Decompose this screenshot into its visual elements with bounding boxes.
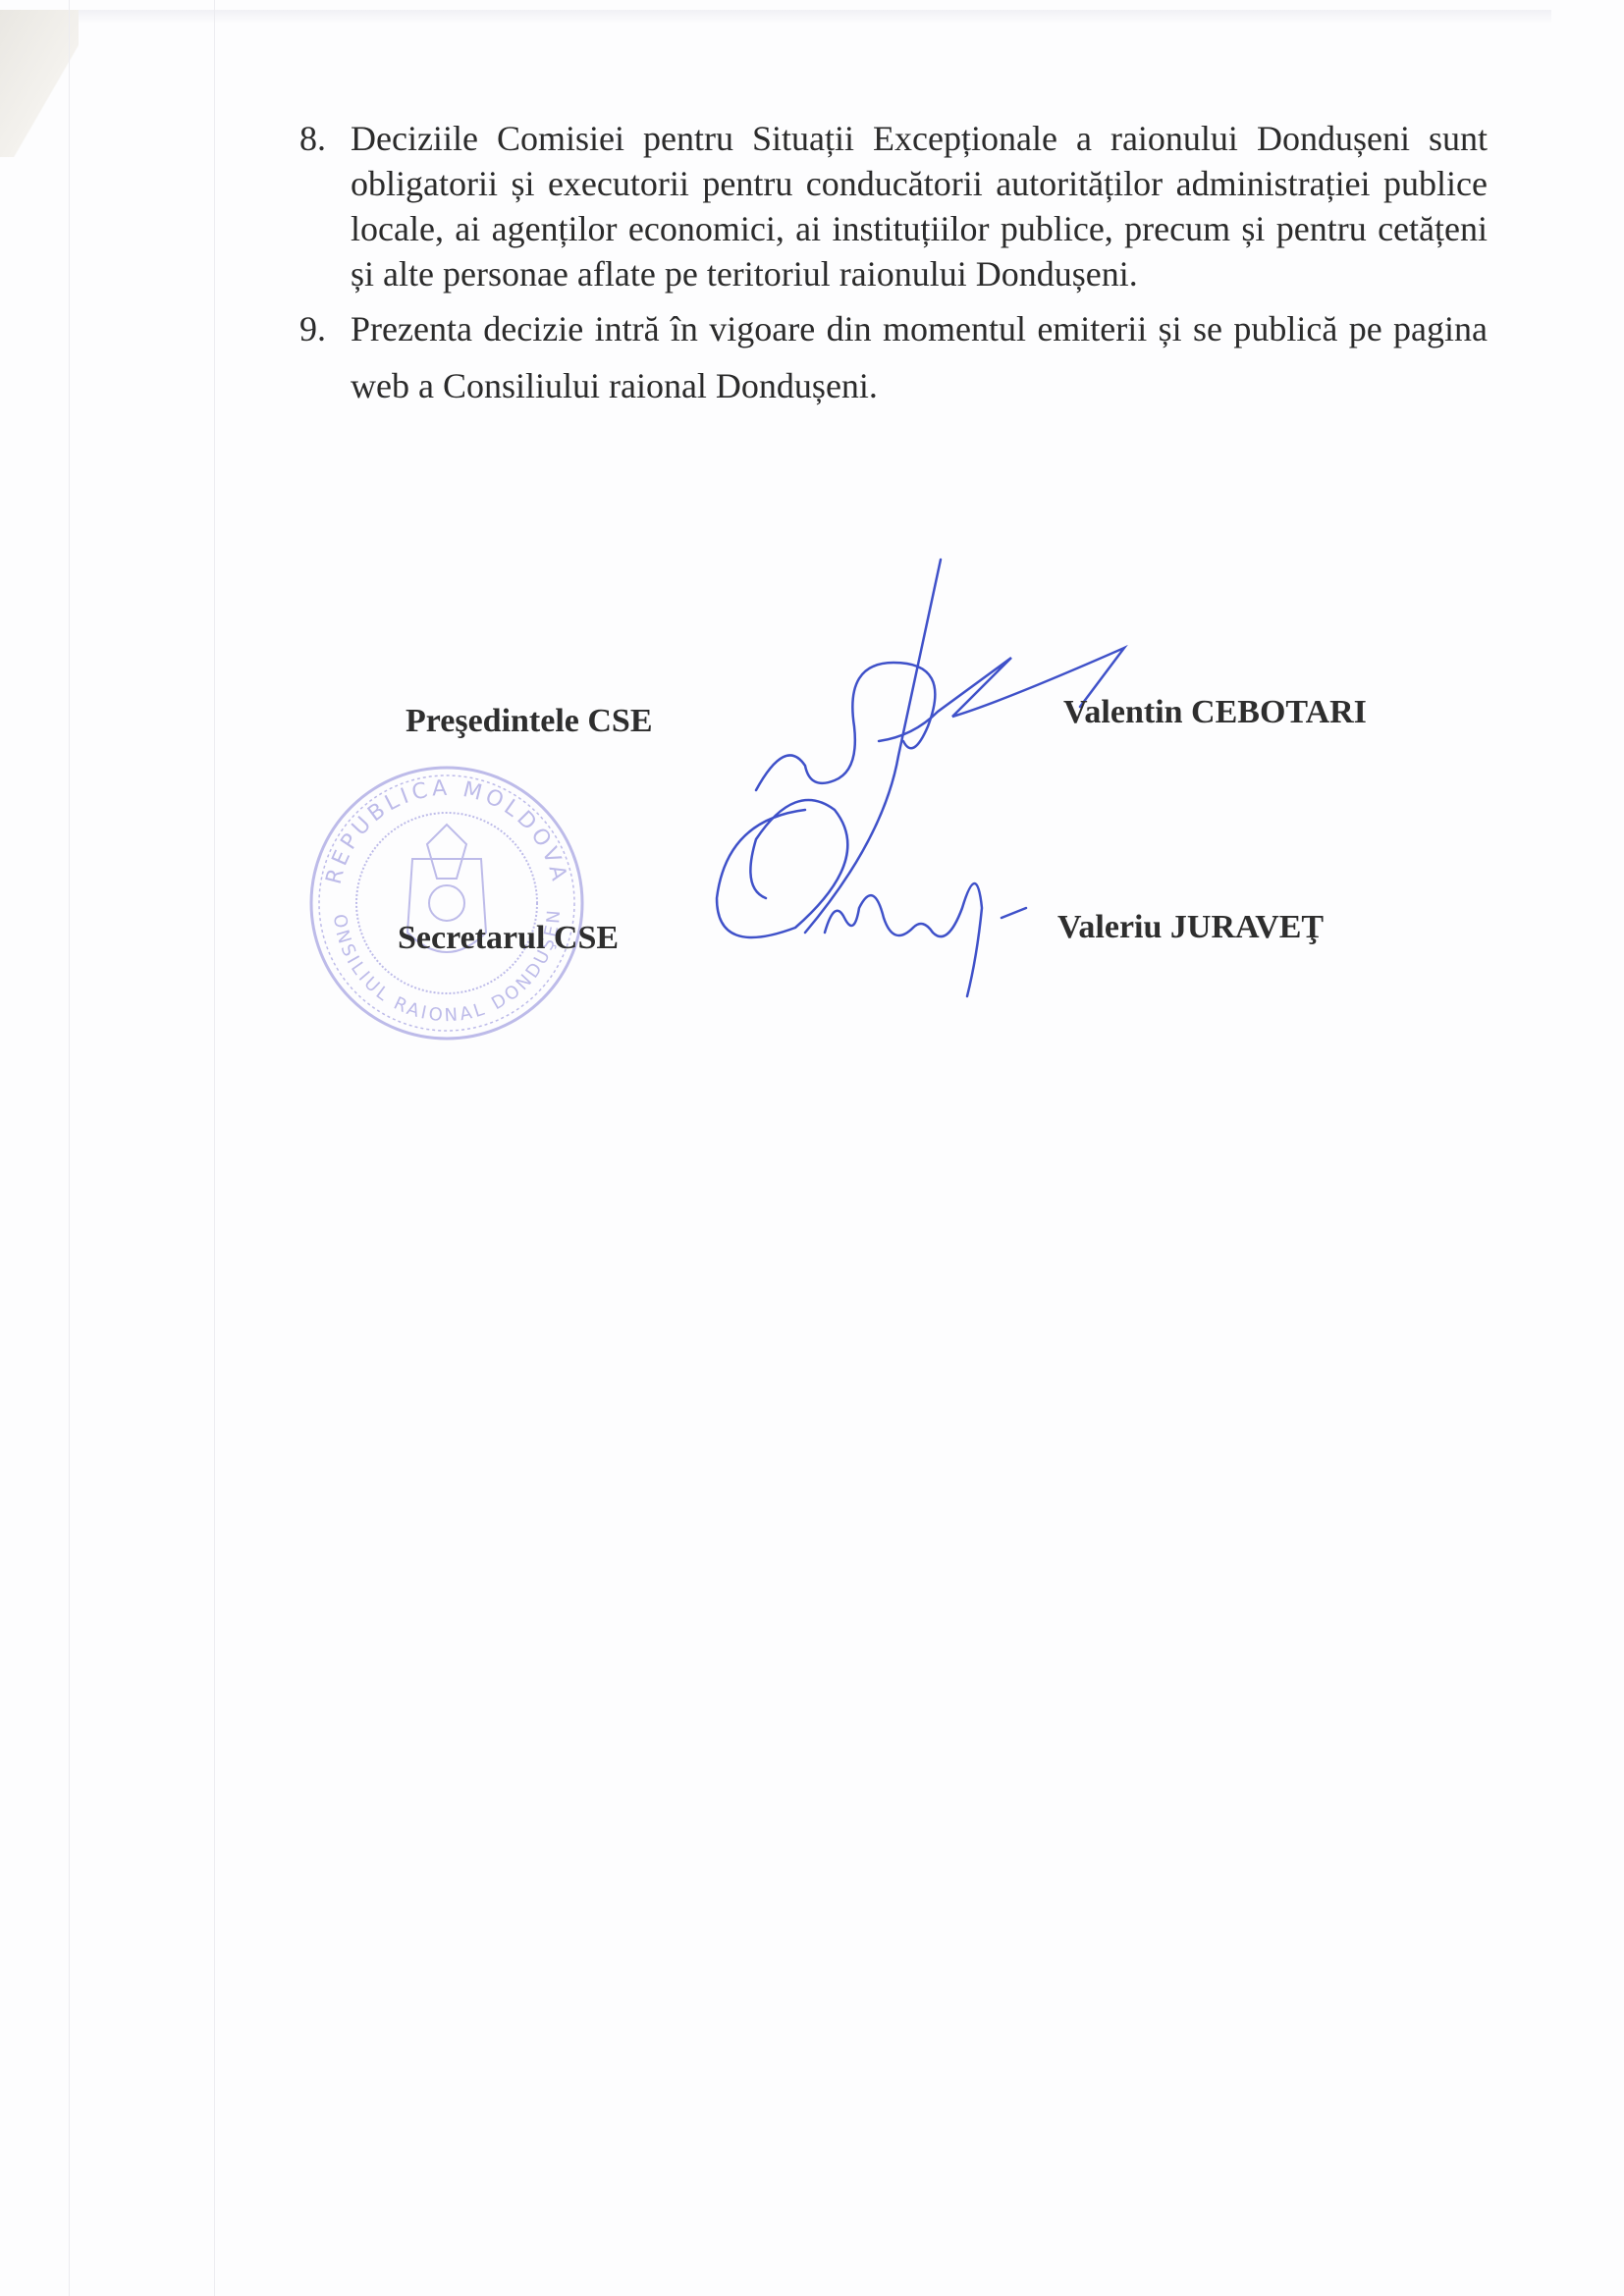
scan-edge-line	[214, 0, 215, 2296]
president-role-label: Preşedintele CSE	[406, 703, 653, 740]
item-number: 8.	[299, 116, 326, 161]
official-stamp-icon: REPUBLICA MOLDOVA CONSILIUL RAIONAL DOND…	[304, 761, 589, 1045]
item-text: Deciziile Comisiei pentru Situații Excep…	[351, 119, 1488, 294]
scan-top-shadow	[79, 10, 1551, 24]
svg-text:REPUBLICA MOLDOVA: REPUBLICA MOLDOVA	[322, 776, 572, 887]
decision-items-list: 8. Deciziile Comisiei pentru Situații Ex…	[299, 116, 1488, 414]
signature-scribble-icon	[687, 545, 1159, 1036]
item-number: 9.	[299, 300, 326, 357]
page-curl-shadow	[0, 10, 79, 157]
list-item-9: 9. Prezenta decizie intră în vigoare din…	[299, 300, 1488, 414]
item-text: Prezenta decizie intră în vigoare din mo…	[351, 309, 1488, 405]
list-item-8: 8. Deciziile Comisiei pentru Situații Ex…	[299, 116, 1488, 296]
scan-edge-line	[69, 0, 70, 2296]
secretary-role-label: Secretarul CSE	[398, 920, 619, 957]
president-name: Valentin CEBOTARI	[1063, 694, 1367, 731]
secretary-name: Valeriu JURAVEŢ	[1057, 909, 1324, 946]
